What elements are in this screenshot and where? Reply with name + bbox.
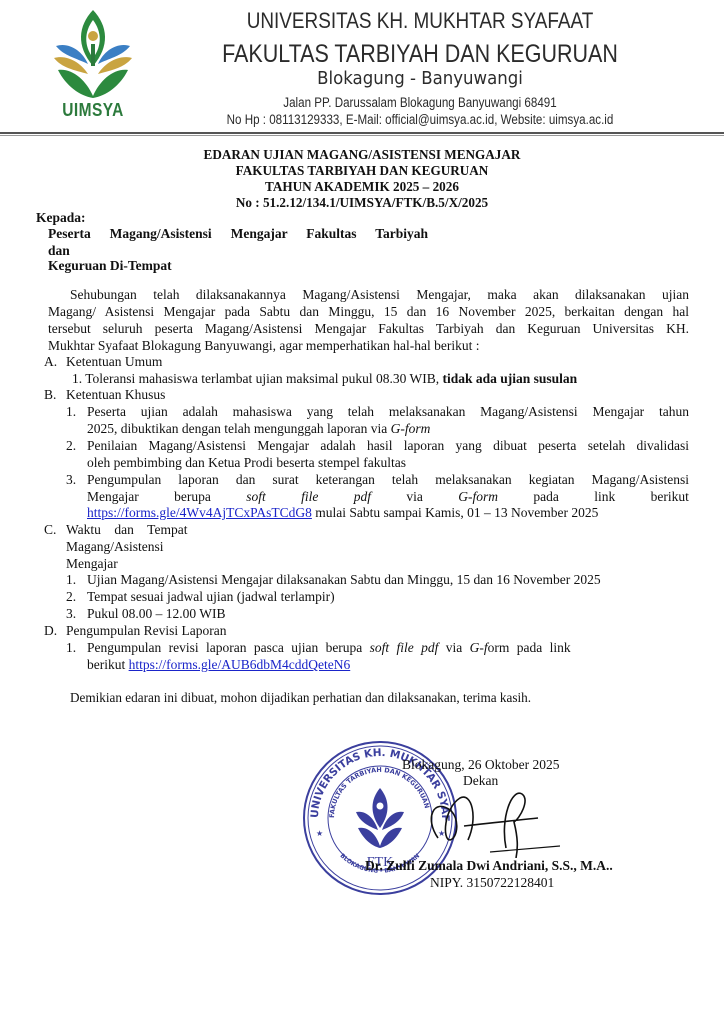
letterhead-divider-thin — [0, 135, 724, 136]
section-d-heading: Pengumpulan Revisi Laporan — [66, 622, 226, 639]
recipient-line-2: Keguruan Di-Tempat — [48, 257, 172, 274]
section-b-item-1-line-1: Peserta ujian adalah mahasiswa yang tela… — [87, 403, 689, 420]
section-a-heading: Ketentuan Umum — [66, 353, 162, 370]
university-name: UNIVERSITAS KH. MUKHTAR SYAFAAT — [188, 8, 652, 34]
section-b-item-3-line-2: Mengajar berupa soft file pdf via G-form… — [87, 488, 689, 505]
section-b-item-2-line-2: oleh pembimbing dan Ketua Prodi beserta … — [87, 454, 406, 471]
section-b-item-3-num: 3. — [66, 471, 76, 488]
handwritten-signature-icon — [420, 778, 560, 858]
section-b-heading: Ketentuan Khusus — [66, 386, 165, 403]
university-logo: UIMSYA — [48, 6, 138, 122]
report-upload-link[interactable]: https://forms.gle/4Wv4AjTCxPAsTCdG8 — [87, 505, 312, 520]
section-b-item-3-line-1: Pengumpulan laporan dan surat keterangan… — [87, 471, 689, 488]
title-line-2: FAKULTAS TARBIYAH DAN KEGURUAN — [0, 163, 724, 179]
section-c-heading-line-3: Mengajar — [66, 555, 118, 572]
closing-statement: Demikian edaran ini dibuat, mohon dijadi… — [70, 689, 531, 706]
signatory-name: Dr. Zulfi Zumala Dwi Andriani, S.S., M.A… — [365, 857, 613, 874]
intro-line-4: Mukhtar Syafaat Blokagung Banyuwangi, ag… — [48, 337, 480, 354]
recipient-line-1: Peserta Magang/Asistensi Mengajar Fakult… — [48, 225, 428, 259]
place-and-date: Blokagung, 26 Oktober 2025 — [402, 756, 560, 773]
revision-upload-link[interactable]: https://forms.gle/AUB6dbM4cddQeteN6 — [129, 657, 351, 672]
no-makeup-exam-note: tidak ada ujian susulan — [443, 371, 578, 386]
leaf-emblem-icon — [48, 6, 138, 102]
intro-line-1: Sehubungan telah dilaksanakannya Magang/… — [70, 286, 689, 303]
section-c-item-1: Ujian Magang/Asistensi Mengajar dilaksan… — [87, 571, 601, 588]
section-c-item-2-num: 2. — [66, 588, 76, 605]
svg-text:★: ★ — [316, 829, 323, 838]
section-c-item-3: Pukul 08.00 – 12.00 WIB — [87, 605, 226, 622]
section-c-item-1-num: 1. — [66, 571, 76, 588]
section-d-item-1-line-2: berikut https://forms.gle/AUB6dbM4cddQet… — [87, 656, 350, 673]
section-c-heading-line-2: Magang/Asistensi — [66, 538, 164, 555]
recipient-label: Kepada: — [36, 209, 86, 226]
intro-line-2: Magang/ Asistensi Mengajar pada Sabtu da… — [48, 303, 689, 320]
section-a-item-1: 1. Toleransi mahasiswa terlambat ujian m… — [72, 370, 577, 387]
section-b-item-1-num: 1. — [66, 403, 76, 420]
section-b-marker: B. — [44, 386, 56, 403]
section-b-item-3-line-3: https://forms.gle/4Wv4AjTCxPAsTCdG8 mula… — [87, 504, 598, 521]
section-c-heading-line-1: Waktu dan Tempat — [66, 521, 187, 538]
section-c-item-2: Tempat sesuai jadwal ujian (jadwal terla… — [87, 588, 335, 605]
faculty-name: FAKULTAS TARBIYAH DAN KEGURUAN — [188, 40, 652, 69]
section-c-marker: C. — [44, 521, 56, 538]
section-b-item-2-line-1: Penilaian Magang/Asistensi Mengajar adal… — [87, 437, 689, 454]
section-d-marker: D. — [44, 622, 57, 639]
section-b-item-1-line-2: 2025, dibuktikan dengan telah mengunggah… — [87, 420, 430, 437]
dean-signature — [420, 778, 560, 858]
logo-text: UIMSYA — [54, 100, 131, 121]
contact-info: No Hp : 08113129333, E-Mail: official@ui… — [188, 112, 652, 127]
section-d-item-1-line-1: Pengumpulan revisi laporan pasca ujian b… — [87, 639, 571, 656]
title-line-3: TAHUN AKADEMIK 2025 – 2026 — [0, 179, 724, 195]
document-title: EDARAN UJIAN MAGANG/ASISTENSI MENGAJAR F… — [0, 147, 724, 211]
address: Jalan PP. Darussalam Blokagung Banyuwang… — [188, 95, 652, 110]
letterhead-divider — [0, 132, 724, 134]
section-b-item-2-num: 2. — [66, 437, 76, 454]
signatory-position: Dekan — [463, 772, 498, 789]
section-d-item-1-num: 1. — [66, 639, 76, 656]
document-number: No : 51.2.12/134.1/UIMSYA/FTK/B.5/X/2025 — [0, 195, 724, 211]
title-line-1: EDARAN UJIAN MAGANG/ASISTENSI MENGAJAR — [0, 147, 724, 163]
signatory-nipy: NIPY. 3150722128401 — [430, 874, 554, 891]
location: Blokagung - Banyuwangi — [172, 68, 669, 89]
section-a-marker: A. — [44, 353, 57, 370]
document-page: UIMSYA UNIVERSITAS KH. MUKHTAR SYAFAAT F… — [0, 0, 724, 1024]
intro-line-3: tersebut seluruh peserta Magang/Asistens… — [48, 320, 689, 337]
section-c-item-3-num: 3. — [66, 605, 76, 622]
